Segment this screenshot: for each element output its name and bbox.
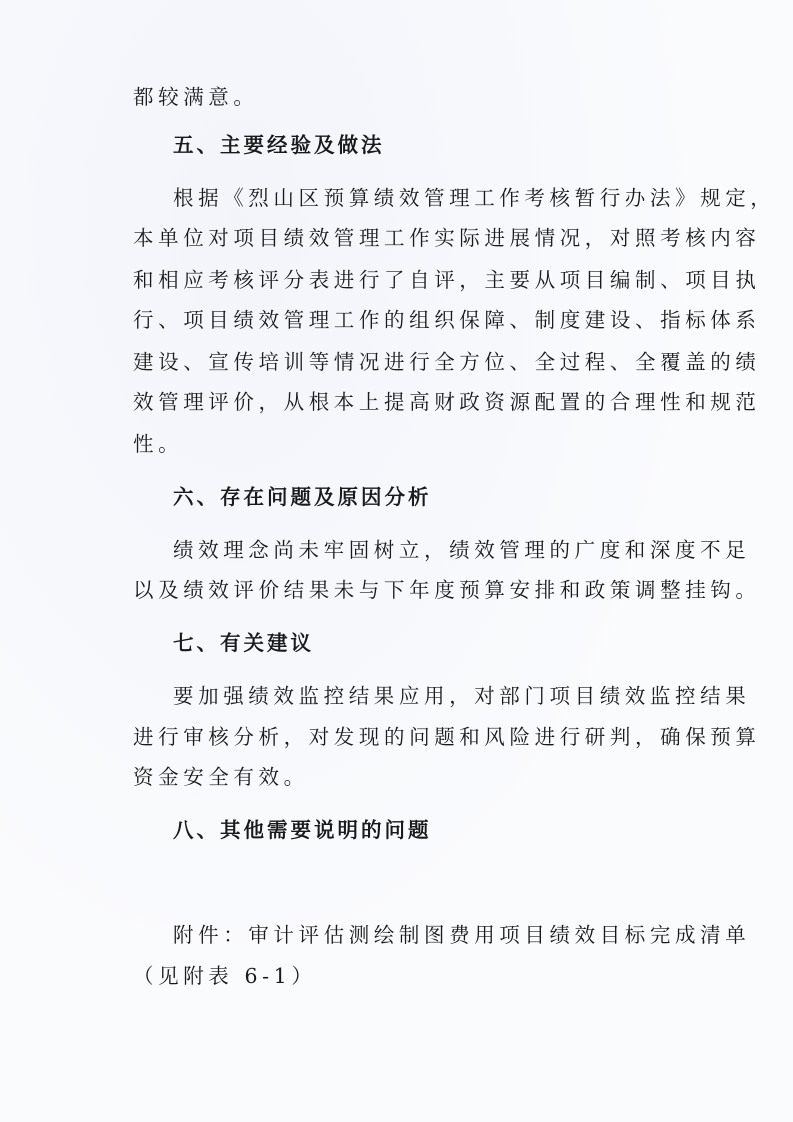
- paragraph-line: 行、项目绩效管理工作的组织保障、制度建设、指标体系: [133, 306, 673, 334]
- document-page: 都较满意。 五、主要经验及做法 根据《烈山区预算绩效管理工作考核暂行办法》规定，…: [0, 0, 793, 1122]
- paragraph-line: 本单位对项目绩效管理工作实际进展情况，对照考核内容: [133, 224, 673, 252]
- section-heading-6: 六、存在问题及原因分析: [173, 483, 432, 511]
- paragraph-line: 和相应考核评分表进行了自评，主要从项目编制、项目执: [133, 266, 673, 294]
- paragraph-line: 效管理评价，从根本上提高财政资源配置的合理性和规范: [133, 388, 673, 416]
- paragraph-line: 根据《烈山区预算绩效管理工作考核暂行办法》规定，: [173, 184, 673, 212]
- paragraph-line: 建设、宣传培训等情况进行全方位、全过程、全覆盖的绩: [133, 348, 673, 376]
- paragraph-line: 性。: [133, 430, 673, 458]
- paragraph-line: 都较满意。: [133, 83, 673, 111]
- section-heading-7: 七、有关建议: [173, 629, 314, 657]
- section-heading-8: 八、其他需要说明的问题: [173, 816, 432, 844]
- attachment-reference: （见附表 6-1）: [133, 962, 673, 990]
- paragraph-line: 绩效理念尚未牢固树立，绩效管理的广度和深度不足: [173, 536, 673, 564]
- paragraph-line: 以及绩效评价结果未与下年度预算安排和政策调整挂钩。: [133, 576, 673, 604]
- paragraph-line: 要加强绩效监控结果应用，对部门项目绩效监控结果: [173, 682, 673, 710]
- attachment-line: 附件：审计评估测绘制图费用项目绩效目标完成清单: [173, 921, 673, 949]
- paragraph-line: 进行审核分析，对发现的问题和风险进行研判，确保预算: [133, 723, 673, 751]
- paragraph-line: 资金安全有效。: [133, 763, 673, 791]
- section-heading-5: 五、主要经验及做法: [173, 131, 385, 159]
